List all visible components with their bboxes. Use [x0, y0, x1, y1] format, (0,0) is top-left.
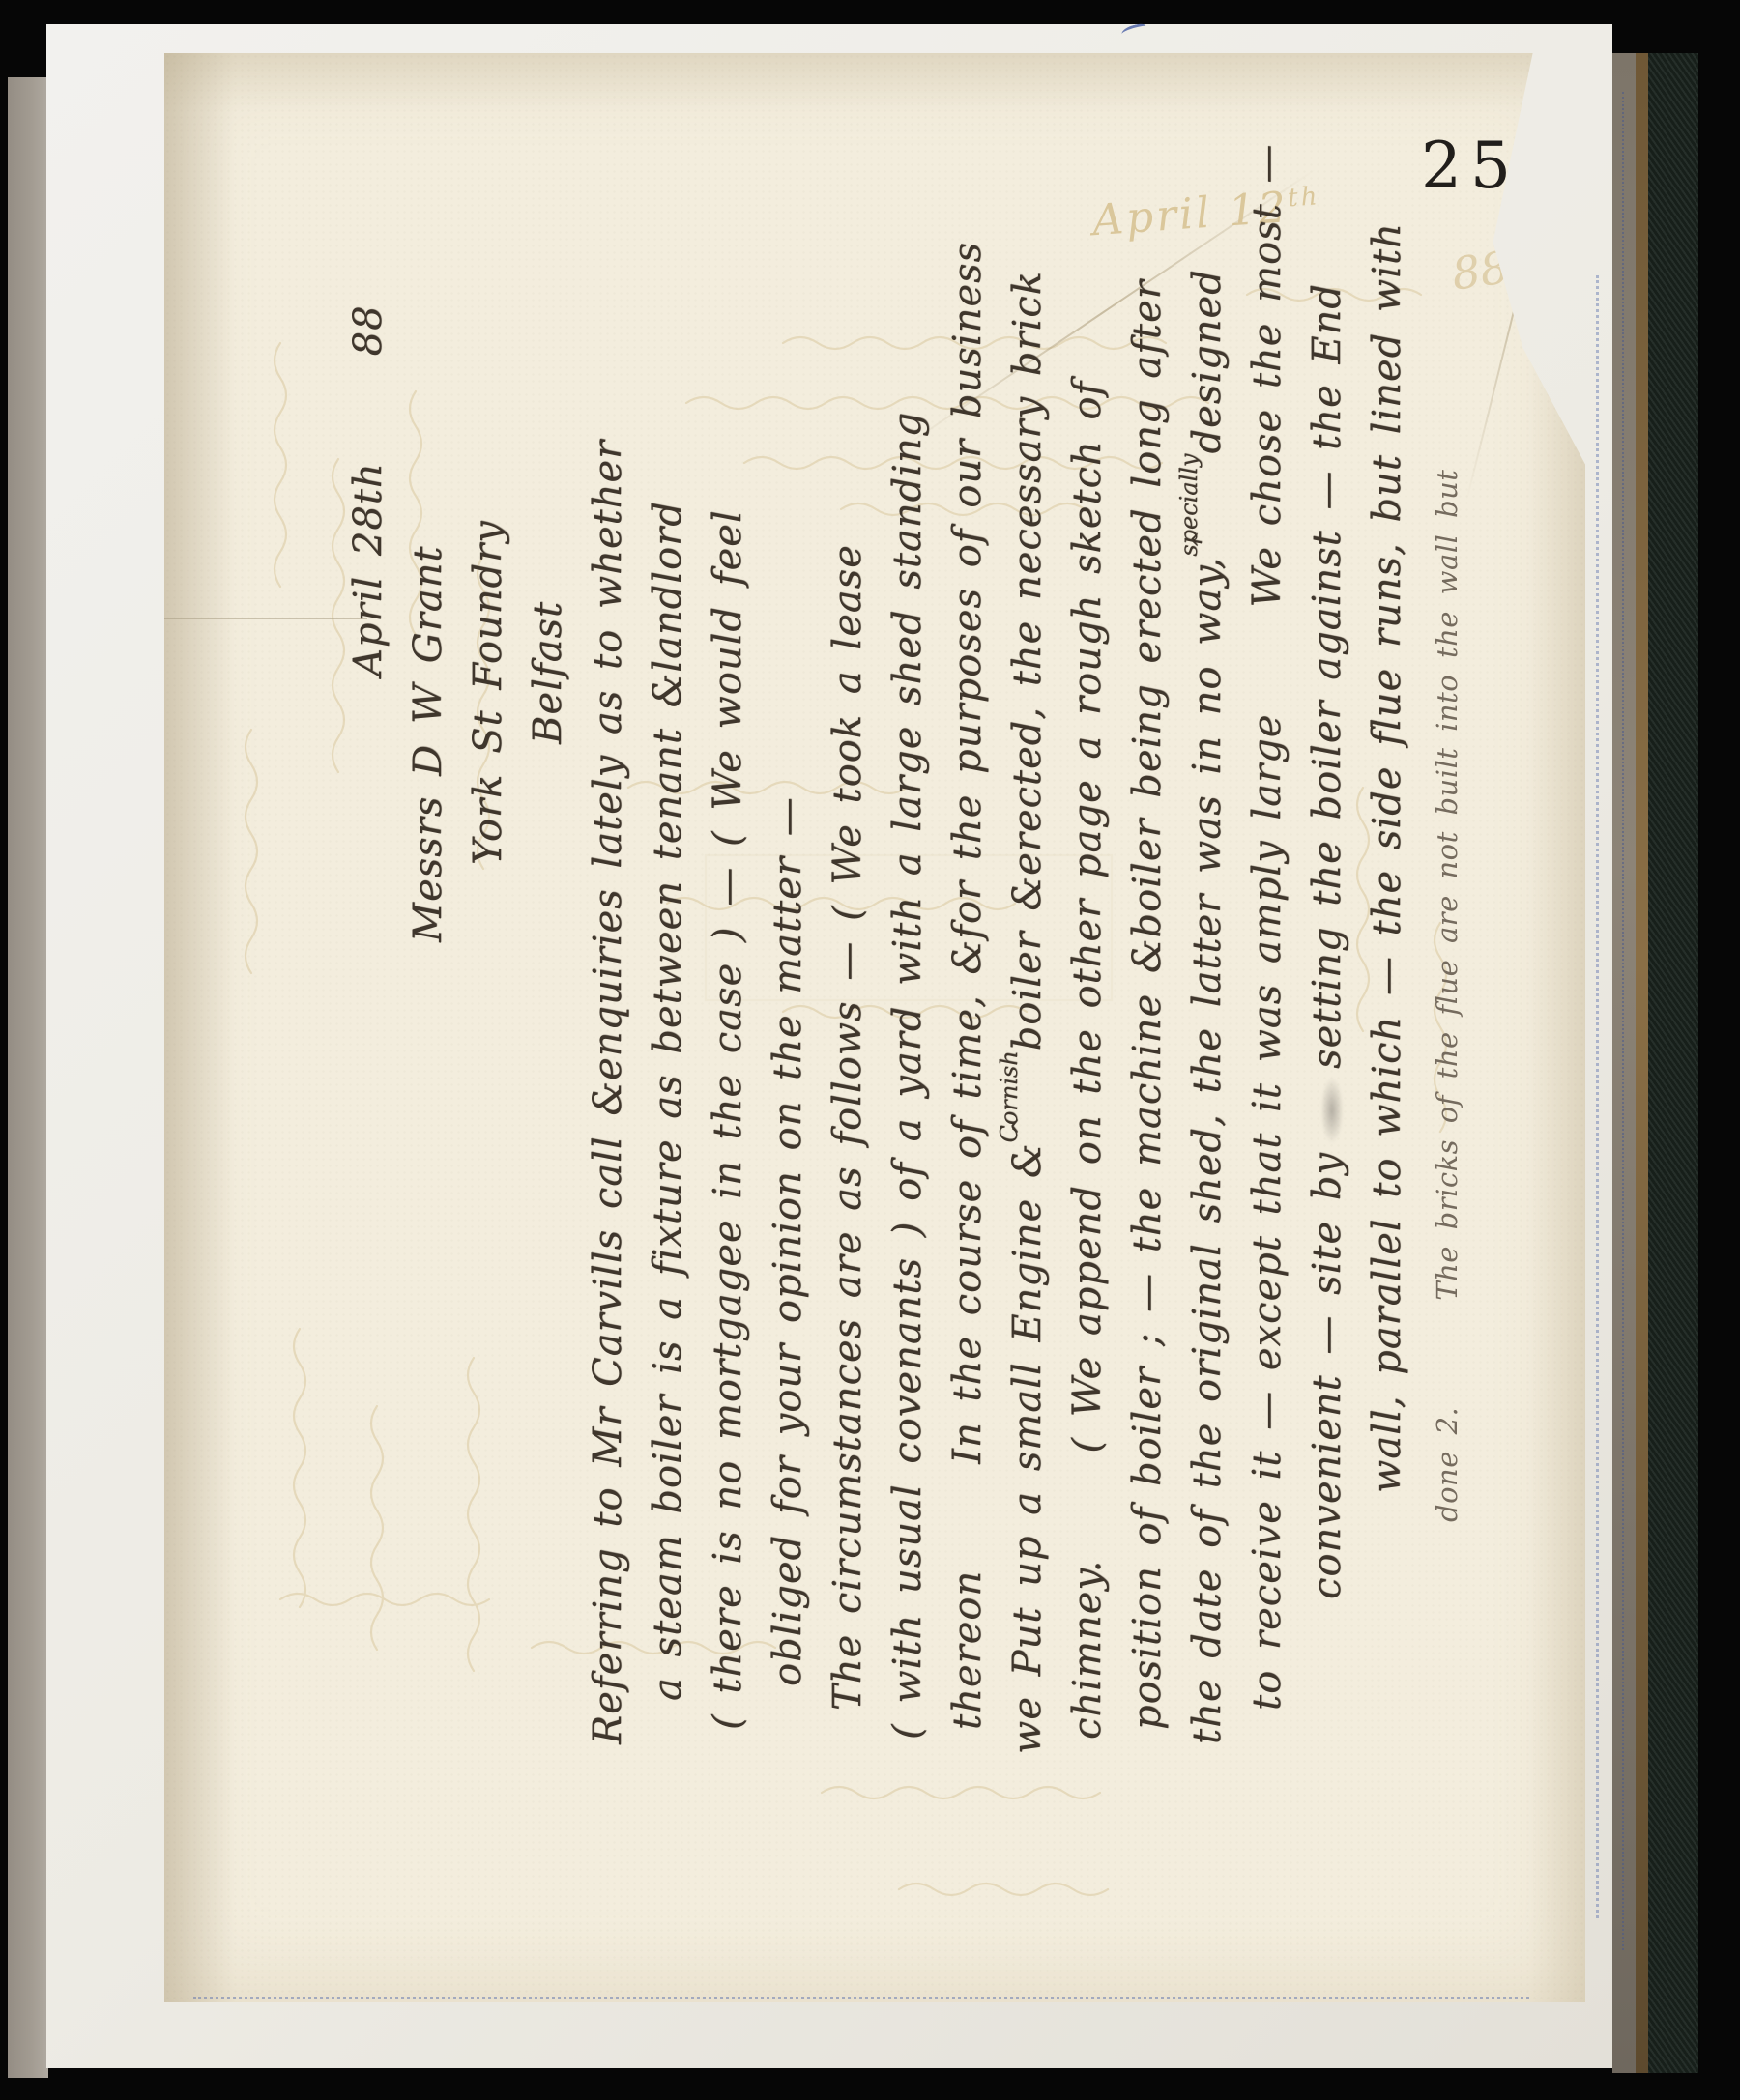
recipient-street: York St Foundry: [458, 319, 518, 1769]
handwritten-text: We chose the most —: [1245, 144, 1290, 608]
body-line: we Put up a small Engine &Cornish^boiler…: [998, 319, 1058, 1769]
handwritten-text: chimney.: [1065, 1560, 1110, 1740]
handwritten-text: position of boiler ; — the machine &boil…: [1125, 279, 1170, 1730]
body-line: wall, parallel to which — the side flue …: [1357, 319, 1417, 1769]
interline-insertion: specially^: [1175, 454, 1203, 557]
blue-edge-speckles: [1596, 275, 1599, 1918]
body-line: Referring to Mr Carvills call &enquiries…: [578, 319, 638, 1769]
handwritten-text: ( We append on the other page a rough sk…: [1065, 381, 1110, 1453]
handwritten-text: convenient — site by: [1305, 1152, 1349, 1599]
body-line: ( with usual covenants ) of a yard with …: [878, 319, 938, 1769]
handwritten-text: The bricks of the flue are not built int…: [1431, 470, 1464, 1301]
recipient-city: Belfast: [518, 319, 578, 1769]
ink-smudge: [1320, 1077, 1344, 1144]
handwritten-text: York St Foundry: [466, 520, 510, 865]
interline-insertion: Cornish^: [996, 1050, 1023, 1142]
recipient-name: Messrs D W Grant: [398, 319, 458, 1769]
paper-crease: [164, 618, 367, 619]
date-line: April 28th88: [338, 319, 398, 1769]
body-line: ( there is no mortgagee in the case ) — …: [698, 319, 758, 1769]
body-line: to receive it — except that it was amply…: [1237, 319, 1297, 1769]
body-line: done 2.The bricks of the flue are not bu…: [1417, 319, 1477, 1769]
handwritten-text: boiler &erected, the necessary brick: [1005, 271, 1050, 1050]
ghost-date-suffix: th: [1287, 182, 1320, 213]
manuscript: April 28th88Messrs D W GrantYork St Foun…: [338, 319, 1479, 1769]
handwritten-text: Messrs D W Grant: [406, 546, 450, 942]
left-page-edge: [8, 77, 48, 2078]
body-line: thereonIn the course of time, &for the p…: [938, 319, 998, 1769]
handwritten-text: Belfast: [526, 601, 570, 744]
body-line: convenient — site bysetting the boiler a…: [1297, 319, 1357, 1769]
handwritten-text: wall, parallel to which — the side flue …: [1365, 222, 1409, 1493]
body-line: a steam boiler is a fixture as between t…: [638, 319, 698, 1769]
page-stack-tan-edge: [1636, 53, 1648, 2073]
handwritten-text: In the course of time, &for the purposes…: [945, 242, 990, 1464]
right-page-stack: [1612, 53, 1740, 2073]
caret-mark: ^: [1172, 531, 1232, 548]
handwritten-text: ( there is no mortgagee in the case ) — …: [706, 509, 750, 1730]
handwritten-text: The circumstances are as follows — ( We …: [826, 544, 870, 1711]
manuscript-page: 258 88 April 12th April 28th88Messrs D W…: [164, 53, 1585, 2002]
handwritten-text: to receive it — except that it was amply…: [1245, 714, 1290, 1711]
handwritten-text: Referring to Mr Carvills call &enquiries…: [586, 440, 630, 1744]
body-line: obliged for your opinion on the matter —: [758, 319, 818, 1769]
caret-mark: ^: [992, 1117, 1052, 1135]
handwritten-text: 88: [346, 304, 391, 356]
handwritten-text: setting the boiler against — the End: [1305, 283, 1349, 1069]
body-line: chimney.( We append on the other page a …: [1058, 319, 1117, 1769]
handwritten-text: done 2.: [1431, 1407, 1464, 1522]
handwritten-text: April 28th: [346, 462, 391, 676]
bottom-blue-dots: [193, 1997, 1529, 1999]
book-cover-edge: [1648, 53, 1698, 2073]
blue-edge-dots: [1622, 92, 1624, 1950]
body-line: The circumstances are as follows — ( We …: [818, 319, 878, 1769]
handwritten-text: we Put up a small Engine &: [1005, 1143, 1050, 1754]
body-line: the date of the original shed, the latte…: [1177, 319, 1237, 1769]
handwritten-text: ( with usual covenants ) of a yard with …: [885, 412, 930, 1740]
handwritten-text: designed: [1185, 269, 1230, 453]
handwritten-text: the date of the original shed, the latte…: [1185, 557, 1230, 1744]
handwritten-text: obliged for your opinion on the matter —: [766, 796, 810, 1686]
page-block-edge: [1612, 53, 1636, 2073]
handwritten-text: a steam boiler is a fixture as between t…: [646, 501, 690, 1701]
letterbook-scan: 258 88 April 12th April 28th88Messrs D W…: [0, 0, 1740, 2100]
body-line: position of boiler ; — the machine &boil…: [1117, 319, 1177, 1769]
handwritten-text: thereon: [945, 1570, 990, 1730]
